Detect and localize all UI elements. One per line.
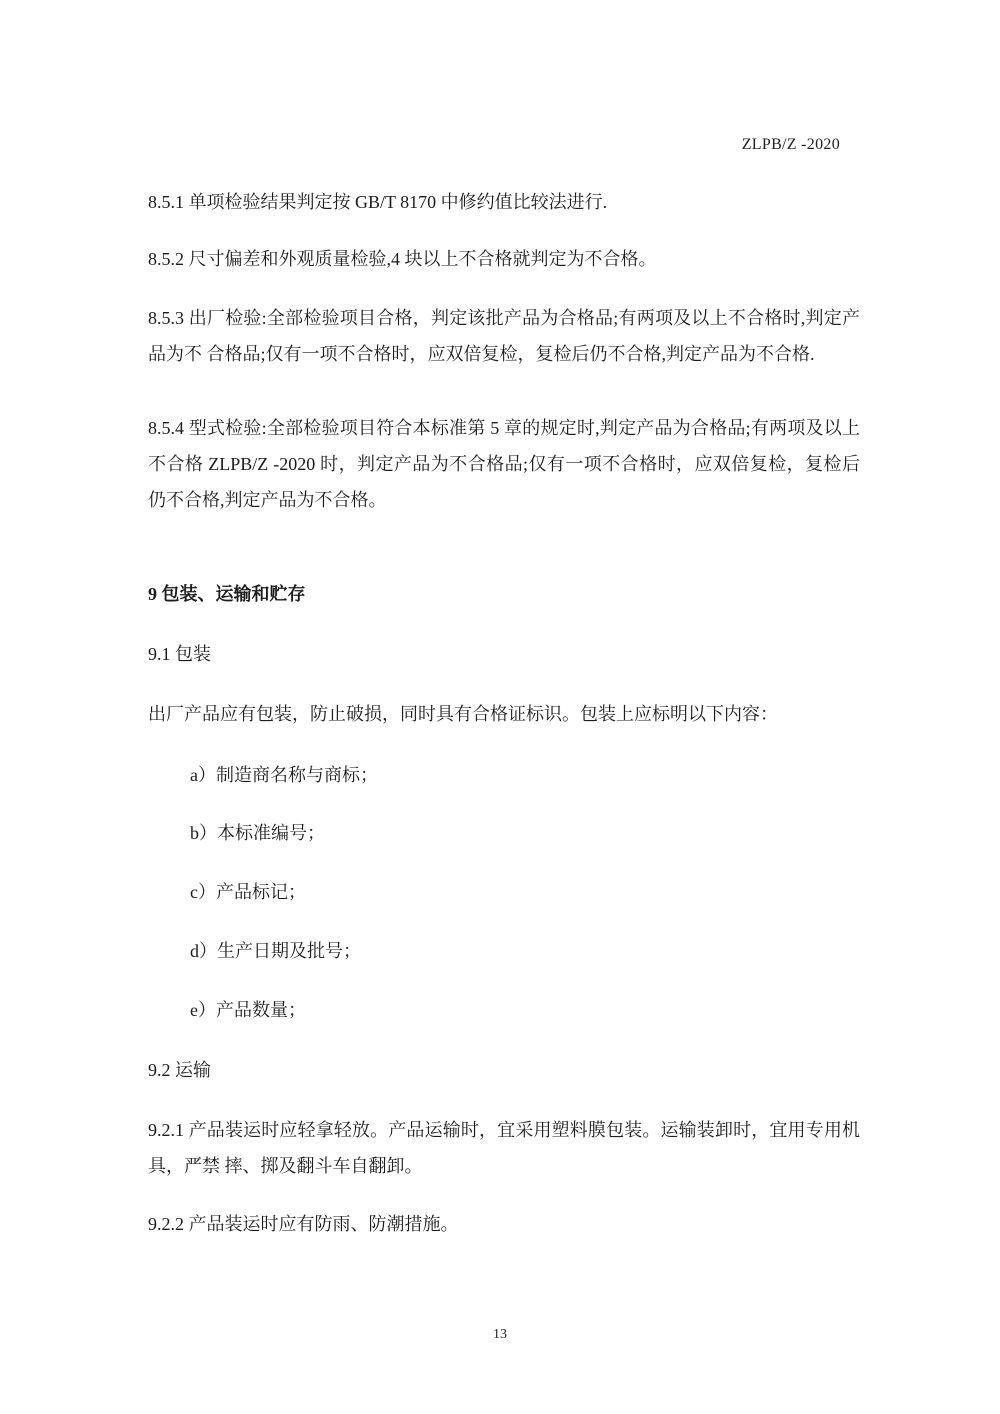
clause-8-5-1: 8.5.1 单项检验结果判定按 GB/T 8170 中修约值比较法进行. (148, 184, 860, 220)
clause-9-2-1: 9.2.1 产品装运时应轻拿轻放。产品运输时，宜采用塑料膜包装。运输装卸时，宜用… (148, 1112, 860, 1184)
clause-8-5-2: 8.5.2 尺寸偏差和外观质量检验,4 块以上不合格就判定为不合格。 (148, 241, 860, 277)
section-9-2-heading: 9.2 运输 (148, 1052, 860, 1088)
section-9-heading: 9 包装、运输和贮存 (148, 576, 860, 612)
clause-8-5-3: 8.5.3 出厂检验:全部检验项目合格，判定该批产品为合格品;有两项及以上不合格… (148, 300, 860, 372)
clause-8-5-4: 8.5.4 型式检验:全部检验项目符合本标准第 5 章的规定时,判定产品为合格品… (148, 410, 860, 518)
packaging-list-item: c）产品标记； (190, 880, 306, 904)
page-number: 13 (0, 1327, 1000, 1343)
section-9-1-intro: 出厂产品应有包装，防止破损，同时具有合格证标识。包装上应标明以下内容： (148, 696, 860, 732)
document-page: ZLPB/Z -2020 8.5.1 单项检验结果判定按 GB/T 8170 中… (0, 0, 1000, 1414)
packaging-list-item: a）制造商名称与商标； (190, 763, 378, 787)
document-code-header: ZLPB/Z -2020 (742, 136, 840, 154)
clause-9-2-2: 9.2.2 产品装运时应有防雨、防潮措施。 (148, 1206, 860, 1242)
packaging-list-item: e）产品数量； (190, 998, 306, 1022)
packaging-list-item: b）本标准编号； (190, 821, 325, 845)
section-9-1-heading: 9.1 包装 (148, 636, 860, 672)
packaging-list-item: d）生产日期及批号； (190, 939, 361, 963)
